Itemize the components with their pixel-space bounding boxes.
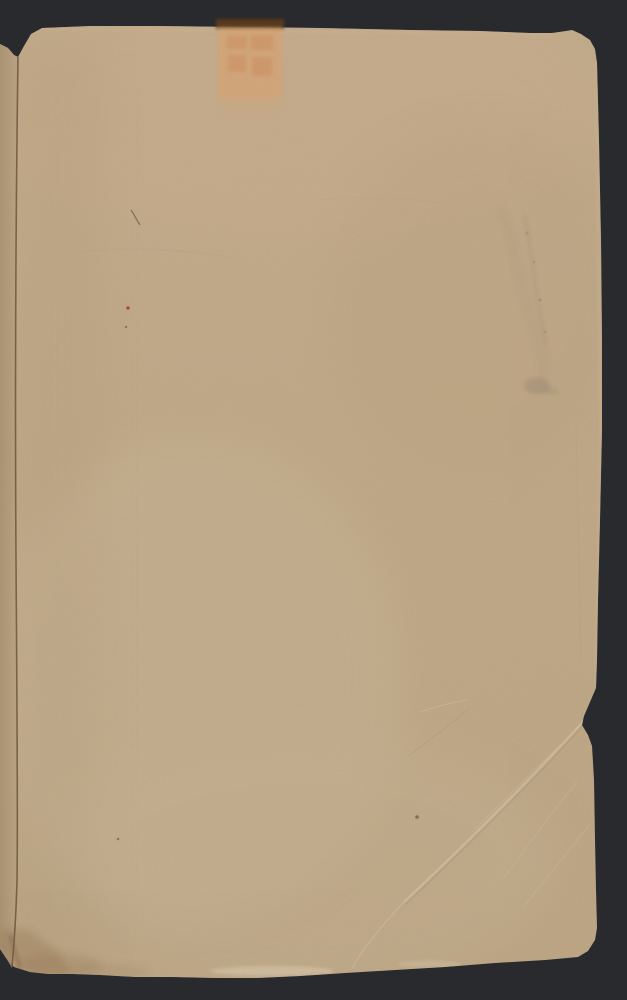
book-scan xyxy=(0,0,627,1000)
grain-texture xyxy=(0,0,627,1000)
paper-grain xyxy=(0,0,627,1000)
book-scan-stage xyxy=(0,0,627,1000)
